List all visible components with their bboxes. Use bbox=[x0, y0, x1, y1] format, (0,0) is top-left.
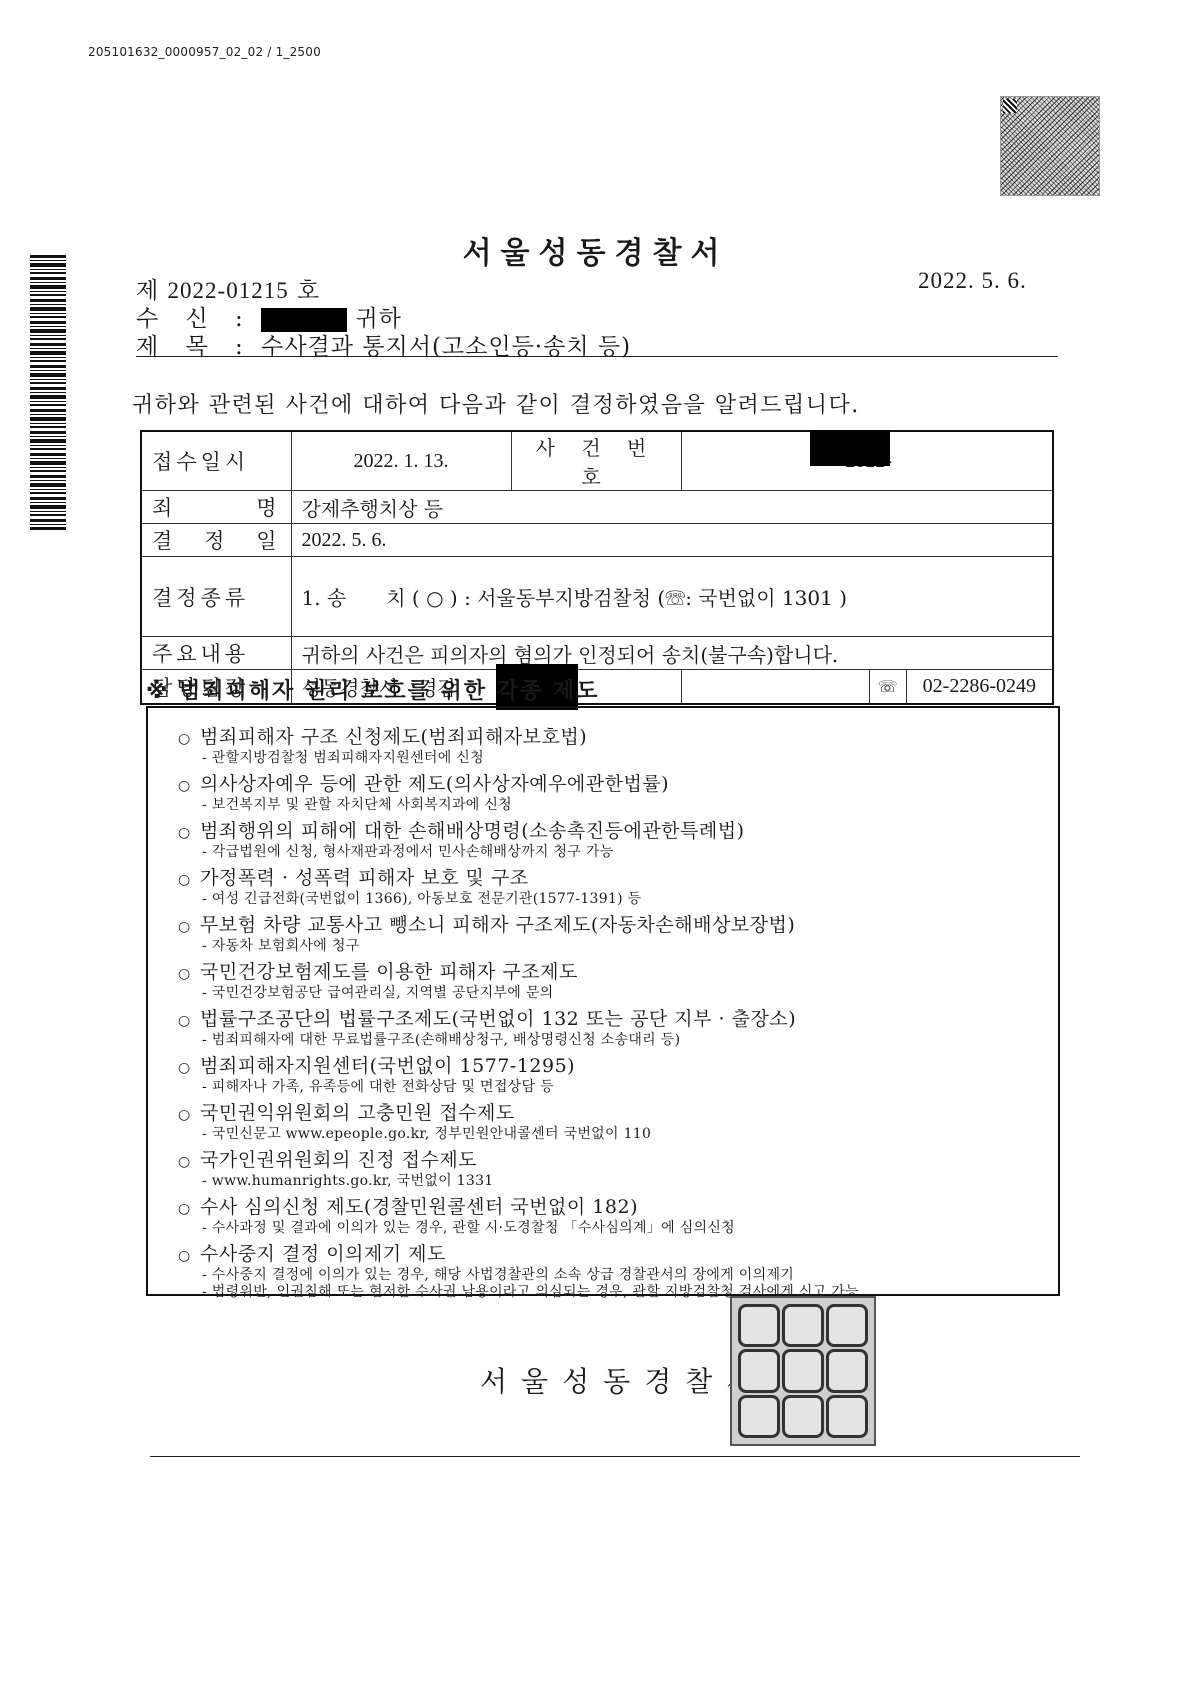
row-received: 접수일시 2022. 1. 13. 사 건 번 호 2022- bbox=[141, 431, 1053, 491]
bullet-icon: ○ bbox=[178, 869, 200, 891]
rights-item-detail: - www.humanrights.go.kr, 국번없이 1331 bbox=[178, 1173, 1058, 1190]
redacted-case-no bbox=[810, 430, 890, 466]
rights-item-detail: - 법령위반, 인권침해 또는 현저한 수사권 남용이라고 의심되는 경우, 관… bbox=[178, 1284, 1058, 1301]
rights-item: ○범죄피해자 구조 신청제도(범죄피해자보호법)- 관할지방검찰청 범죄피해자지… bbox=[178, 726, 1058, 767]
rights-section-title: ※ 범죄피해자 권리 보호를 위한 각종 제도 bbox=[146, 674, 599, 705]
rights-item-detail: - 국민건강보험공단 급여관리실, 지역별 공단지부에 문의 bbox=[178, 985, 1058, 1002]
rights-item-detail: - 수사과정 및 결과에 이의가 있는 경우, 관할 시·도경찰청 「수사심의계… bbox=[178, 1220, 1058, 1237]
qr-code bbox=[1000, 96, 1100, 196]
row-charge: 죄 명 강제추행치상 등 bbox=[141, 491, 1053, 524]
row-decision-type: 결정종류 1. 송 치 ( ○ ) : 서울동부지방검찰청 (☏: 국번없이 1… bbox=[141, 557, 1053, 637]
rights-item-title: ○국민권익위원회의 고충민원 접수제도 bbox=[178, 1102, 1058, 1126]
barcode bbox=[30, 255, 66, 530]
rights-item-detail: - 범죄피해자에 대한 무료법률구조(손해배상청구, 배상명령신청 소송대리 등… bbox=[178, 1032, 1058, 1049]
official-seal bbox=[730, 1296, 876, 1446]
rights-item: ○가정폭력 · 성폭력 피해자 보호 및 구조- 여성 긴급전화(국번없이 13… bbox=[178, 867, 1058, 908]
rights-item: ○범죄피해자지원센터(국번없이 1577-1295)- 피해자나 가족, 유족등… bbox=[178, 1055, 1058, 1096]
rights-item-title: ○법률구조공단의 법률구조제도(국번없이 132 또는 공단 지부 · 출장소) bbox=[178, 1008, 1058, 1032]
agency-title: 서울성동경찰서 bbox=[0, 228, 1191, 272]
bullet-icon: ○ bbox=[178, 1010, 200, 1032]
rights-item: ○수사중지 결정 이의제기 제도- 수사중지 결정에 이의가 있는 경우, 해당… bbox=[178, 1243, 1058, 1301]
rights-item-detail: - 각급법원에 신청, 형사재판과정에서 민사손해배상까지 청구 가능 bbox=[178, 844, 1058, 861]
phone-icon: ☏ bbox=[869, 670, 907, 703]
bullet-icon: ○ bbox=[178, 1245, 200, 1267]
subject-divider bbox=[136, 356, 1058, 357]
rights-item-detail: - 보건복지부 및 관할 자치단체 사회복지과에 신청 bbox=[178, 797, 1058, 814]
rights-item-detail: - 자동차 보험회사에 청구 bbox=[178, 938, 1058, 955]
rights-item-title: ○국민건강보험제도를 이용한 피해자 구조제도 bbox=[178, 961, 1058, 985]
rights-item-detail: - 국민신문고 www.epeople.go.kr, 정부민원안내콜센터 국번없… bbox=[178, 1126, 1058, 1143]
rights-item: ○국민건강보험제도를 이용한 피해자 구조제도- 국민건강보험공단 급여관리실,… bbox=[178, 961, 1058, 1002]
received-value: 2022. 1. 13. bbox=[291, 431, 511, 491]
row-decision-date: 결 정 일 2022. 5. 6. bbox=[141, 524, 1053, 557]
rights-item-title: ○의사상자예우 등에 관한 제도(의사상자예우에관한법률) bbox=[178, 773, 1058, 797]
bullet-icon: ○ bbox=[178, 728, 200, 750]
received-label: 접수일시 bbox=[141, 431, 291, 491]
rights-item: ○국가인권위원회의 진정 접수제도- www.humanrights.go.kr… bbox=[178, 1149, 1058, 1190]
case-no-cell: 2022- bbox=[681, 431, 1053, 491]
decision-type-label: 결정종류 bbox=[141, 557, 291, 637]
bullet-icon: ○ bbox=[178, 822, 200, 844]
case-no-label: 사 건 번 호 bbox=[511, 431, 681, 491]
intro-text: 귀하와 관련된 사건에 대하여 다음과 같이 결정하였음을 알려드립니다. bbox=[132, 388, 860, 419]
bullet-icon: ○ bbox=[178, 1198, 200, 1220]
rights-item: ○무보험 차량 교통사고 뺑소니 피해자 구조제도(자동차손해배상보장법)- 자… bbox=[178, 914, 1058, 955]
rights-list: ○범죄피해자 구조 신청제도(범죄피해자보호법)- 관할지방검찰청 범죄피해자지… bbox=[178, 726, 1058, 1301]
charge-label: 죄 명 bbox=[141, 491, 291, 524]
rights-item-title: ○가정폭력 · 성폭력 피해자 보호 및 구조 bbox=[178, 867, 1058, 891]
rights-item-title: ○무보험 차량 교통사고 뺑소니 피해자 구조제도(자동차손해배상보장법) bbox=[178, 914, 1058, 938]
case-info-table: 접수일시 2022. 1. 13. 사 건 번 호 2022- 죄 명 강제추행… bbox=[140, 430, 1054, 705]
rights-item: ○수사 심의신청 제도(경찰민원콜센터 국번없이 182)- 수사과정 및 결과… bbox=[178, 1196, 1058, 1237]
bullet-icon: ○ bbox=[178, 775, 200, 797]
summary-value: 귀하의 사건은 피의자의 혐의가 인정되어 송치(불구속)합니다. bbox=[291, 637, 1053, 670]
bullet-icon: ○ bbox=[178, 1104, 200, 1126]
rights-item-detail: - 수사중지 결정에 이의가 있는 경우, 해당 사법경찰관의 소속 상급 경찰… bbox=[178, 1267, 1058, 1284]
bullet-icon: ○ bbox=[178, 1057, 200, 1079]
rights-item-detail: - 관할지방검찰청 범죄피해자지원센터에 신청 bbox=[178, 750, 1058, 767]
rights-item-detail: - 여성 긴급전화(국번없이 1366), 아동보호 전문기관(1577-139… bbox=[178, 891, 1058, 908]
rights-item-detail: - 피해자나 가족, 유족등에 대한 전화상담 및 면접상담 등 bbox=[178, 1079, 1058, 1096]
officer-phone: 02-2286-0249 bbox=[907, 670, 1052, 703]
rights-box: ○범죄피해자 구조 신청제도(범죄피해자보호법)- 관할지방검찰청 범죄피해자지… bbox=[146, 706, 1060, 1296]
rights-item: ○국민권익위원회의 고충민원 접수제도- 국민신문고 www.epeople.g… bbox=[178, 1102, 1058, 1143]
rights-item-title: ○국가인권위원회의 진정 접수제도 bbox=[178, 1149, 1058, 1173]
rights-item: ○법률구조공단의 법률구조제도(국번없이 132 또는 공단 지부 · 출장소)… bbox=[178, 1008, 1058, 1049]
row-summary: 주요내용 귀하의 사건은 피의자의 혐의가 인정되어 송치(불구속)합니다. bbox=[141, 637, 1053, 670]
bullet-icon: ○ bbox=[178, 963, 200, 985]
decision-date-value: 2022. 5. 6. bbox=[291, 524, 1053, 557]
decision-date-label: 결 정 일 bbox=[141, 524, 291, 557]
rights-item-title: ○수사중지 결정 이의제기 제도 bbox=[178, 1243, 1058, 1267]
bottom-divider bbox=[150, 1456, 1080, 1457]
rights-item: ○범죄행위의 피해에 대한 손해배상명령(소송촉진등에관한특례법)- 각급법원에… bbox=[178, 820, 1058, 861]
rights-item-title: ○범죄행위의 피해에 대한 손해배상명령(소송촉진등에관한특례법) bbox=[178, 820, 1058, 844]
rights-item-title: ○수사 심의신청 제도(경찰민원콜센터 국번없이 182) bbox=[178, 1196, 1058, 1220]
summary-label: 주요내용 bbox=[141, 637, 291, 670]
decision-type-value: 1. 송 치 ( ○ ) : 서울동부지방검찰청 (☏: 국번없이 1301 ) bbox=[291, 557, 1053, 637]
rights-item-title: ○범죄피해자 구조 신청제도(범죄피해자보호법) bbox=[178, 726, 1058, 750]
rights-item: ○의사상자예우 등에 관한 제도(의사상자예우에관한법률)- 보건복지부 및 관… bbox=[178, 773, 1058, 814]
bullet-icon: ○ bbox=[178, 916, 200, 938]
issue-date: 2022. 5. 6. bbox=[918, 268, 1027, 294]
charge-value: 강제추행치상 등 bbox=[291, 491, 1053, 524]
rights-item-title: ○범죄피해자지원센터(국번없이 1577-1295) bbox=[178, 1055, 1058, 1079]
document-id: 205101632_0000957_02_02 / 1_2500 bbox=[88, 45, 321, 59]
bullet-icon: ○ bbox=[178, 1151, 200, 1173]
phone-cell: ☏ 02-2286-0249 bbox=[681, 670, 1053, 705]
